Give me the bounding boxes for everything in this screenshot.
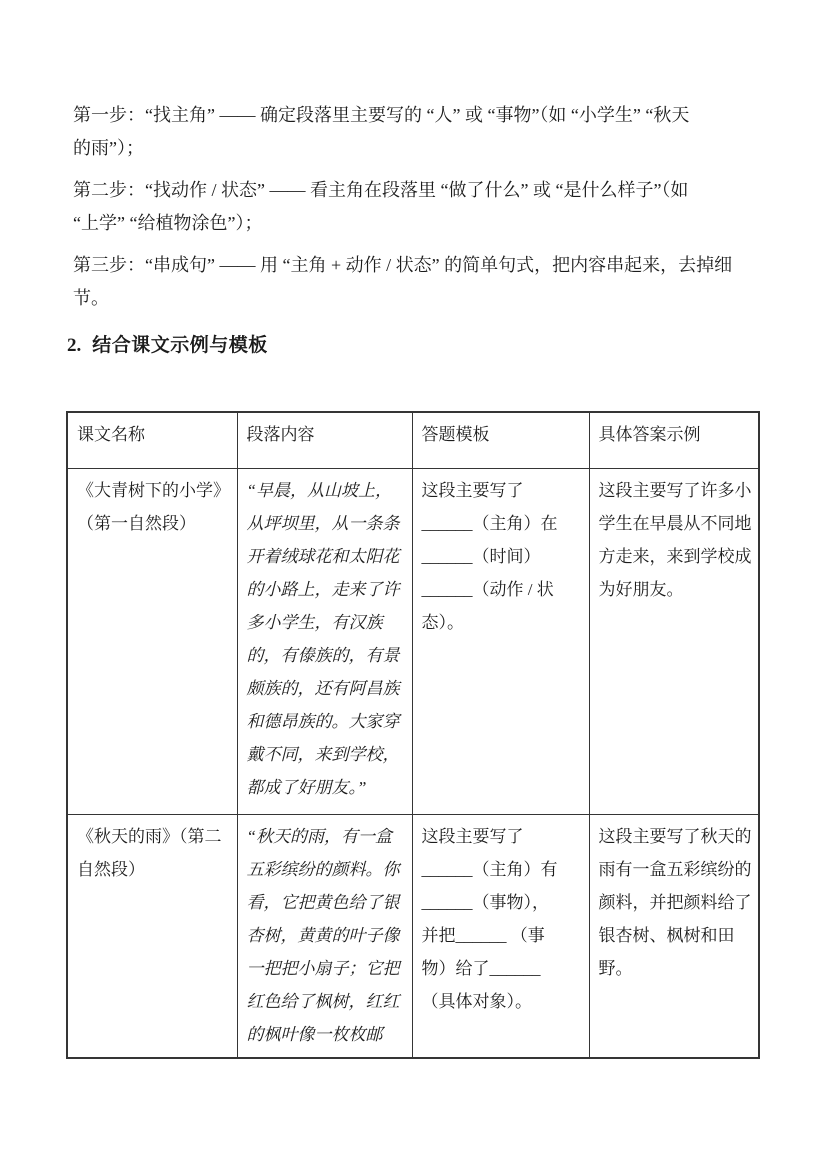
section-heading: 2.结合课文示例与模板	[67, 333, 758, 359]
lesson-template-table: 课文名称 段落内容 答题模板 具体答案示例 《大青树下的小学》 （第一自然段） …	[66, 411, 760, 1059]
table-row: 《大青树下的小学》 （第一自然段） “早晨，从山坡上，从坪坝里，从一条条开着绒球…	[67, 468, 759, 814]
cell-answer-template: 这段主要写了 ______（主角）有 ______（事物）， 并把______ …	[412, 814, 589, 1058]
header-cell-lesson: 课文名称	[67, 412, 237, 468]
table-row: 《秋天的雨》（第二 自然段） “秋天的雨，有一盒五彩缤纷的颜料。你看，它把黄色给…	[67, 814, 759, 1058]
cell-paragraph-content: “早晨，从山坡上，从坪坝里，从一条条开着绒球花和太阳花的小路上，走来了许多小学生…	[237, 468, 412, 814]
header-cell-template: 答题模板	[412, 412, 589, 468]
header-cell-example: 具体答案示例	[589, 412, 759, 468]
cell-answer-template: 这段主要写了 ______（主角）在 ______（时间） ______（动作 …	[412, 468, 589, 814]
step-paragraph-2: 第二步：“找动作 / 状态” —— 看主角在段落里 “做了什么” 或 “是什么样…	[73, 174, 758, 240]
cell-answer-example: 这段主要写了许多小学生在早晨从不同地方走来，来到学校成为好朋友。	[589, 468, 759, 814]
cell-lesson-title: 《秋天的雨》（第二 自然段）	[67, 814, 237, 1058]
section-heading-title: 结合课文示例与模板	[92, 335, 268, 356]
cell-paragraph-content: “秋天的雨，有一盒五彩缤纷的颜料。你看，它把黄色给了银杏树，黄黄的叶子像一把把小…	[237, 814, 412, 1058]
table-header-row: 课文名称 段落内容 答题模板 具体答案示例	[67, 412, 759, 468]
step-paragraph-1: 第一步：“找主角” —— 确定段落里主要写的 “人” 或 “事物”（如 “小学生…	[73, 99, 758, 165]
cell-answer-example: 这段主要写了秋天的雨有一盒五彩缤纷的颜料，并把颜料给了银杏树、枫树和田野。	[589, 814, 759, 1058]
header-cell-paragraph: 段落内容	[237, 412, 412, 468]
section-heading-number: 2.	[67, 335, 81, 356]
step-paragraph-3: 第三步：“串成句” —— 用 “主角 + 动作 / 状态” 的简单句式，把内容串…	[73, 249, 758, 315]
cell-lesson-title: 《大青树下的小学》 （第一自然段）	[67, 468, 237, 814]
document-page: 第一步：“找主角” —— 确定段落里主要写的 “人” 或 “事物”（如 “小学生…	[0, 0, 827, 1169]
